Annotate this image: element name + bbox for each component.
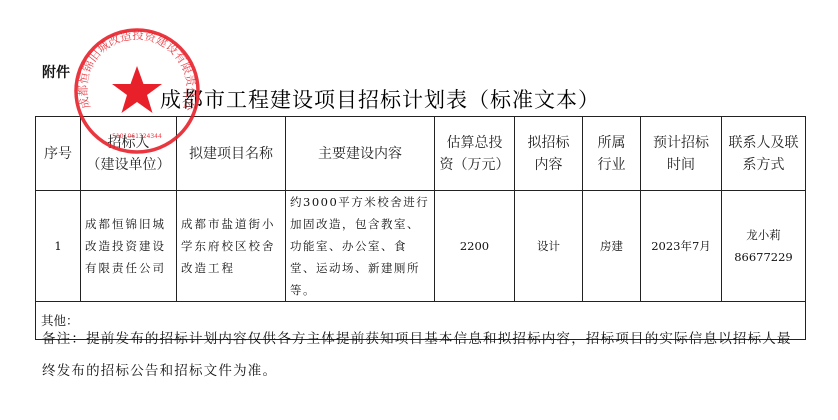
contact-phone: 86677229 <box>734 250 793 264</box>
cell-tenderer: 成都恒锦旧城改造投资建设有限责任公司 <box>81 191 177 302</box>
header-contact: 联系人及联系方式 <box>722 117 806 191</box>
cell-contact: 龙小莉86677229 <box>722 191 806 302</box>
header-bid-content: 拟招标内容 <box>515 117 583 191</box>
cell-industry: 房建 <box>583 191 641 302</box>
header-main-content: 主要建设内容 <box>286 117 435 191</box>
header-investment: 估算总投资（万元） <box>435 117 515 191</box>
table-header-row: 序号 招标人（建设单位） 拟建项目名称 主要建设内容 估算总投资（万元） 拟招标… <box>36 117 806 191</box>
cell-bid-time: 2023年7月 <box>641 191 722 302</box>
cell-investment: 2200 <box>435 191 515 302</box>
header-seq: 序号 <box>36 117 81 191</box>
tender-plan-table: 序号 招标人（建设单位） 拟建项目名称 主要建设内容 估算总投资（万元） 拟招标… <box>35 116 806 340</box>
header-industry: 所属行业 <box>583 117 641 191</box>
attachment-label: 附件 <box>42 62 70 82</box>
cell-project-name: 成都市盐道街小学东府校区校舍改造工程 <box>177 191 286 302</box>
contact-name: 龙小莉 <box>746 228 781 242</box>
document-title: 成都市工程建设项目招标计划表（标准文本） <box>160 84 600 114</box>
header-bid-time: 预计招标时间 <box>641 117 722 191</box>
cell-bid-content: 设计 <box>515 191 583 302</box>
header-project-name: 拟建项目名称 <box>177 117 286 191</box>
cell-main-content: 约3000平方米校舍进行加固改造，包含教室、功能室、办公室、食堂、运动场、新建厕… <box>286 191 435 302</box>
footnote: 备注：提前发布的招标计划内容仅供各方主体提前获知项目基本信息和拟招标内容，招标项… <box>42 323 802 387</box>
cell-seq: 1 <box>36 191 81 302</box>
header-tenderer: 招标人（建设单位） <box>81 117 177 191</box>
table-row: 1 成都恒锦旧城改造投资建设有限责任公司 成都市盐道街小学东府校区校舍改造工程 … <box>36 191 806 302</box>
